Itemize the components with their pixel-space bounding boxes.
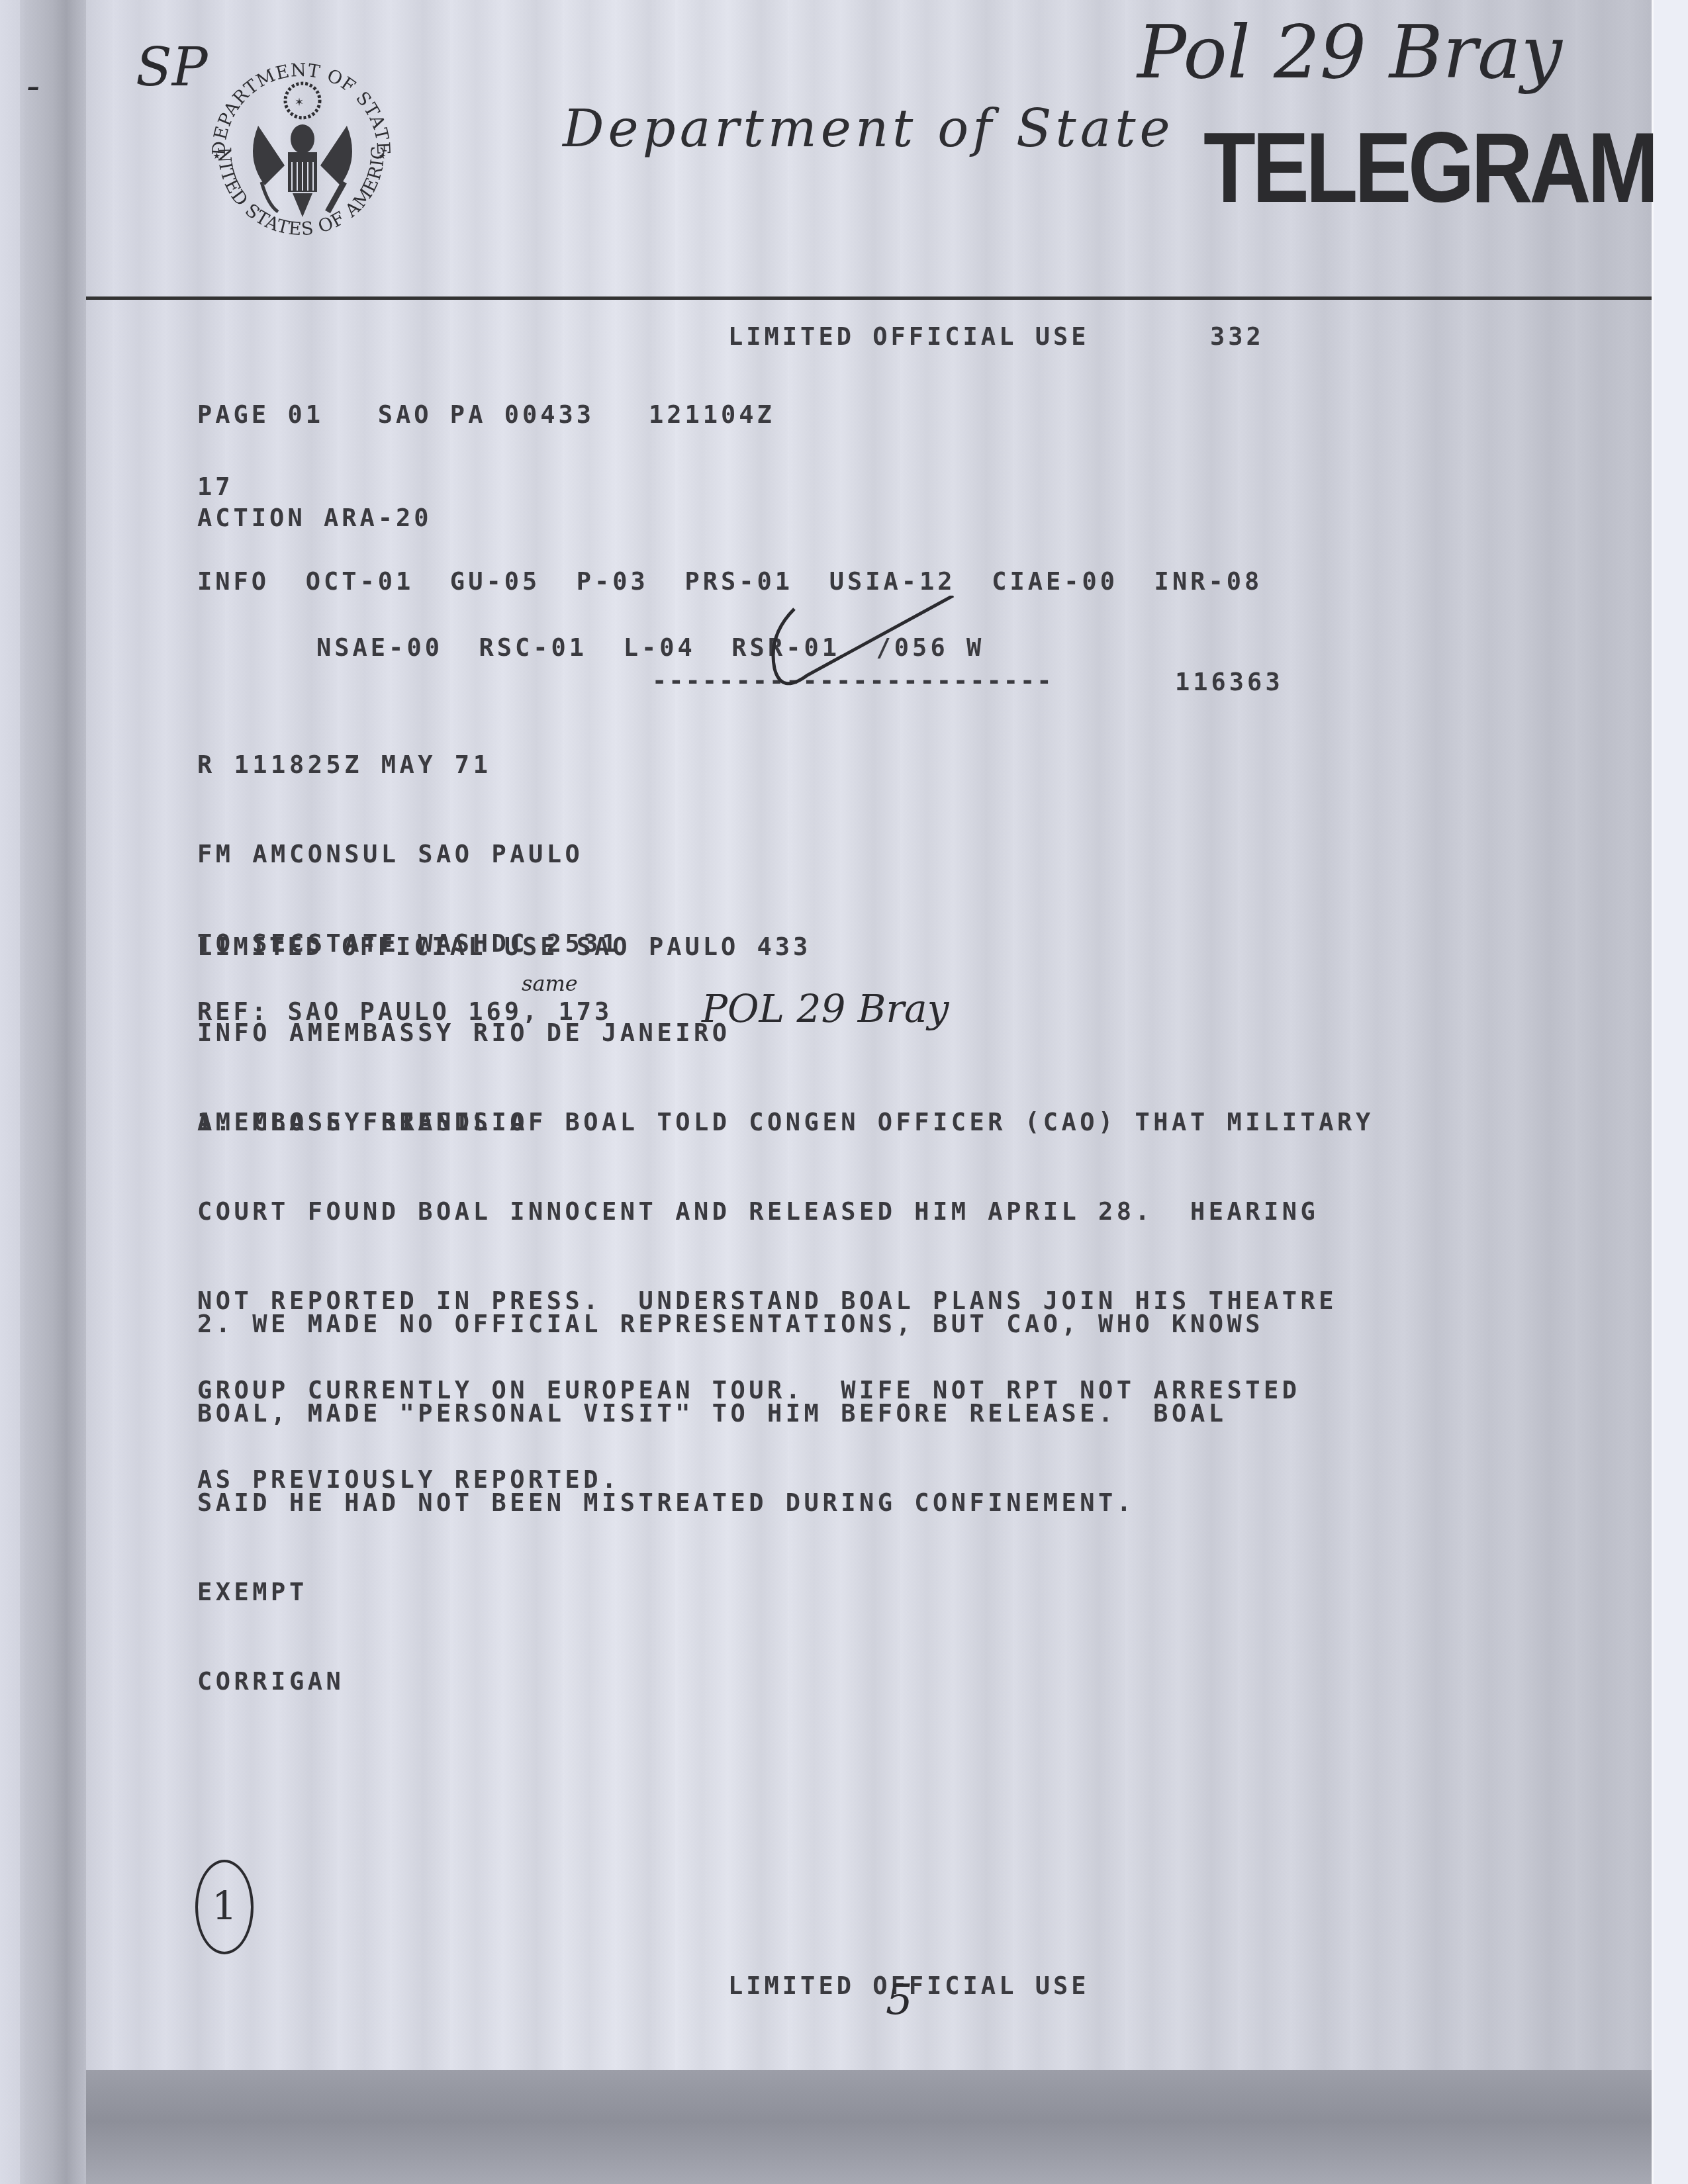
body-line: BOAL, MADE "PERSONAL VISIT" TO HIM BEFOR… (197, 1397, 1264, 1430)
ref-line: REF: SAO PAULO 169, 173 (197, 999, 612, 1024)
paragraph-2: 2. WE MADE NO OFFICIAL REPRESENTATIONS, … (197, 1251, 1264, 1726)
body-line: 1. CLOSE FRIENDS OF BOAL TOLD CONGEN OFF… (197, 1106, 1374, 1138)
department-of-state-seal-icon: DEPARTMENT OF STATE UNITED STATES OF AME… (199, 46, 404, 251)
header-rule (86, 296, 1652, 300)
message-date: R 111825Z MAY 71 (197, 749, 731, 781)
body-line: 2. WE MADE NO OFFICIAL REPRESENTATIONS, … (197, 1308, 1264, 1340)
handwritten-initials: SP (136, 36, 208, 98)
signature: CORRIGAN (197, 1665, 1264, 1698)
body-line: SAID HE HAD NOT BEEN MISTREATED DURING C… (197, 1486, 1264, 1519)
margin-mark: - (26, 63, 40, 109)
scan-shadow (20, 0, 86, 2184)
handwritten-check-mark (755, 596, 966, 695)
svg-text:✶: ✶ (295, 93, 303, 109)
handwritten-same: same (522, 971, 578, 996)
svg-text:★: ★ (213, 148, 220, 162)
page-edge (1652, 0, 1688, 2184)
department-title: Department of State (563, 99, 1174, 159)
svg-text:★: ★ (379, 148, 386, 162)
serial-number: 116363 (1175, 670, 1284, 694)
handwritten-file-note: Pol 29 Bray (1137, 10, 1562, 95)
routing-count: 17 (197, 475, 234, 499)
subject-line: LIMITED OFFICIAL USE SAO PAULO 433 (197, 934, 811, 959)
info-line: INFO OCT-01 GU-05 P-03 PRS-01 USIA-12 CI… (197, 569, 1262, 594)
handwritten-number: 5 (886, 1976, 913, 2025)
handwritten-ref-note: POL 29 Bray (702, 986, 949, 1031)
message-from: FM AMCONSUL SAO PAULO (197, 838, 731, 870)
scan-bottom-band (86, 2070, 1652, 2184)
exempt-line: EXEMPT (197, 1576, 1264, 1608)
classification-number: 332 (1210, 324, 1264, 349)
action-line: ACTION ARA-20 (197, 506, 432, 530)
body-line: COURT FOUND BOAL INNOCENT AND RELEASED H… (197, 1195, 1374, 1228)
page-line: PAGE 01 SAO PA 00433 121104Z (197, 402, 775, 427)
classification-top: LIMITED OFFICIAL USE (728, 324, 1090, 349)
telegram-title: TELEGRAM (1203, 118, 1656, 217)
handwritten-page-number: 1 (195, 1860, 254, 1954)
